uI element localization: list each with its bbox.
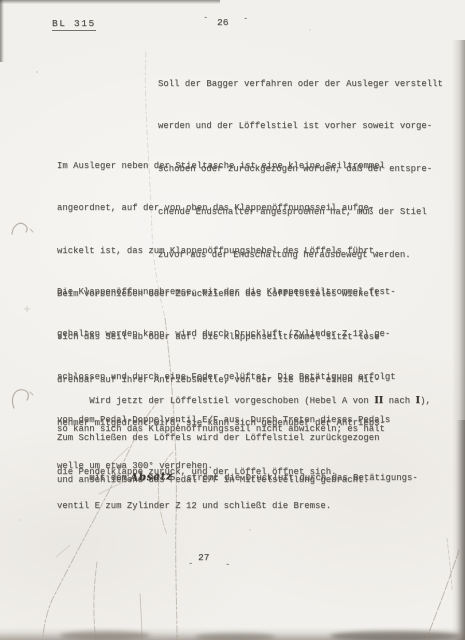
page-number-top-left-dash: -	[203, 13, 208, 23]
page-number-top: 26	[217, 17, 228, 28]
scan-edge-right-lower	[456, 420, 465, 640]
text-line: Die Klappenöffnungsbremse, mit der die K…	[57, 285, 418, 299]
text-line: Zum Schließen des Löffels wird der Löffe…	[57, 431, 380, 445]
scan-blotch	[195, 633, 275, 640]
page-number-bottom: 27	[198, 552, 209, 563]
text-line: gehalten werden kann, wird durch Drucklu…	[57, 327, 418, 341]
scan-blotch	[60, 631, 150, 640]
text-segment: nach	[383, 396, 415, 406]
scan-edge-bottom	[0, 627, 465, 640]
scanned-page: BL 315 - 26 - Soll der Bagger verfahren …	[0, 0, 465, 640]
text-line: Im Ausleger neben der Stieltasche ist ei…	[57, 159, 385, 173]
page-number-top-right-dash: -	[243, 14, 248, 24]
scan-blotch	[330, 631, 460, 640]
scan-edge-top	[0, 0, 220, 4]
text-line: und anschließend das Pedal E/F in Mittel…	[57, 473, 380, 487]
margin-scribble-1	[12, 223, 27, 234]
text-line-with-roman-numerals: Wird jetzt der Löffelstiel vorgeschoben …	[57, 380, 431, 394]
page-number-bottom-left-dash: -	[188, 559, 193, 569]
scan-edge-left	[0, 0, 4, 62]
margin-scribble-2	[12, 390, 28, 408]
text-line: Soll der Bagger verfahren oder der Ausle…	[158, 77, 443, 91]
text-line: angeordnet, auf der von oben das Klappen…	[57, 201, 385, 215]
paragraph-5: Zum Schließen des Löffels wird der Löffe…	[57, 402, 380, 516]
margin-plus-mark	[24, 306, 30, 312]
scan-edge-right	[452, 40, 465, 640]
page-number-bottom-right-dash: -	[225, 560, 230, 570]
text-segment: ),	[420, 396, 431, 406]
doc-ref: BL 315	[52, 18, 96, 31]
